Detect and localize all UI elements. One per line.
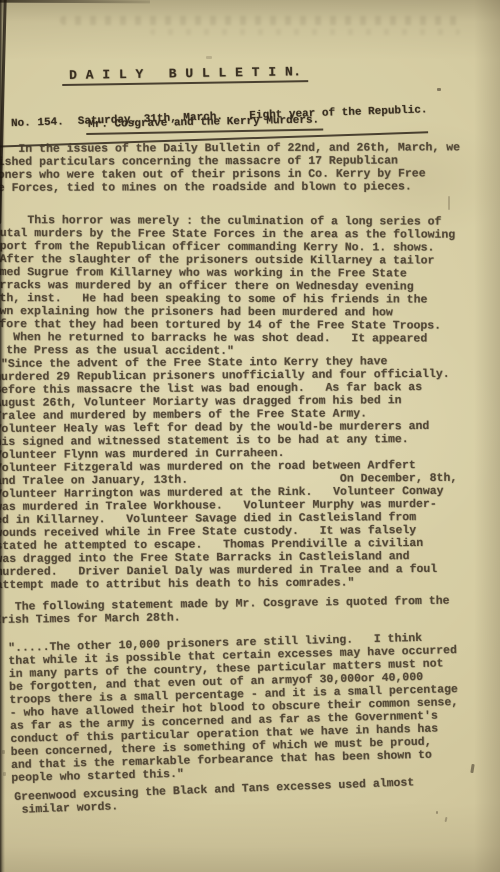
ink-speck: [448, 196, 450, 210]
ink-bleedthrough-line-2: [150, 29, 460, 35]
ink-speck: [206, 56, 212, 59]
paragraph-kerry-report: This horror was merely : the culmination…: [0, 214, 455, 359]
ink-speck: [445, 817, 448, 822]
ink-speck: [436, 811, 438, 814]
masthead-title: D A I L Y B U L L E T I N.: [62, 65, 309, 86]
paragraph-intro-massacre: In the issues of the Daily Bulletin of 2…: [0, 141, 460, 195]
issue-number: No. 154.: [11, 116, 64, 130]
paragraph-cosgrave-attribution: The following statement made by Mr. Cosg…: [0, 595, 450, 627]
paragraph-cosgrave-quote: ".....The other 10,000 prisoners are sti…: [8, 631, 460, 785]
ink-speck: [2, 750, 5, 754]
ink-speck: [437, 88, 441, 91]
paragraph-murder-list: "Since the advent of the Free State into…: [0, 355, 458, 592]
ink-bleedthrough-line-1: [60, 16, 460, 25]
ink-speck: [3, 772, 6, 776]
ink-speck: [470, 764, 474, 773]
page-left-edge: [0, 0, 5, 872]
document-page: D A I L Y B U L L E T I N. No. 154.Satur…: [0, 0, 500, 872]
page-top-edge: [0, 0, 150, 3]
